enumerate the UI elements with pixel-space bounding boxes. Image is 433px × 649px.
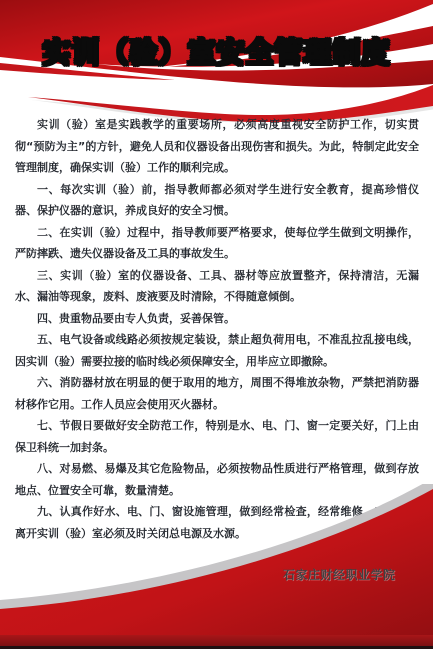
poster-title: 实训（验）室安全管理制度: [0, 36, 433, 70]
poster-root: 实训（验）室安全管理制度 实训（验）室是实践教学的重要场所，必须高度重视安全防护…: [0, 0, 433, 649]
rule-paragraph: 六、消防器材放在明显的便于取用的地方，周围不得堆放杂物，严禁把消防器材移作它用。…: [15, 372, 419, 415]
rule-paragraph: 一、每次实训（验）前，指导教师都必须对学生进行安全教育，提高珍惜仪器、保护仪器的…: [15, 179, 419, 222]
bottom-dark-strip: [0, 635, 433, 646]
rule-paragraph: 七、节假日要做好安全防范工作，特别是水、电、门、窗一定要关好，门上由保卫科统一加…: [15, 415, 419, 458]
rule-paragraph: 五、电气设备或线路必须按规定装设，禁止超负荷用电，不准乱拉乱接电线，因实训（验）…: [15, 329, 419, 372]
poster-header: 实训（验）室安全管理制度: [0, 0, 433, 122]
rule-paragraph: 三、实训（验）室的仪器设备、工具、器材等应放置整齐，保持清洁，无漏水、漏油等现象…: [15, 265, 419, 308]
intro-paragraph: 实训（验）室是实践教学的重要场所，必须高度重视安全防护工作，切实贯彻“预防为主”…: [15, 114, 419, 179]
content-area: 实训（验）室是实践教学的重要场所，必须高度重视安全防护工作，切实贯彻“预防为主”…: [15, 114, 419, 544]
rule-paragraph: 二、在实训（验）过程中，指导教师要严格要求，使每位学生做到文明操作，严防摔跌、遗…: [15, 222, 419, 265]
rule-paragraph: 四、贵重物品要由专人负责，妥善保管。: [15, 308, 419, 330]
signature: 石家庄财经职业学院: [283, 566, 396, 583]
